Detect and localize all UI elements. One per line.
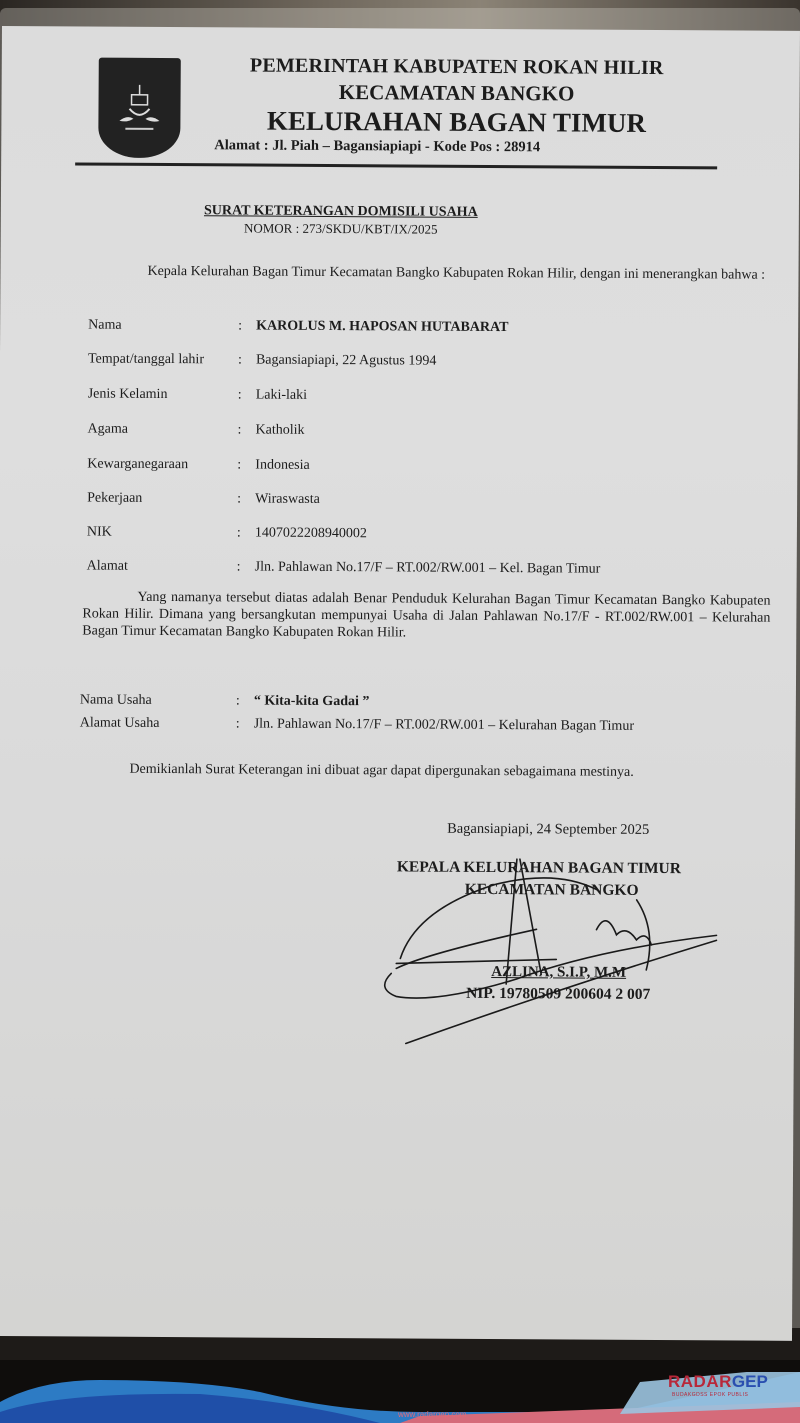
field-value: “ Kita-kita Gadai ” <box>254 694 370 710</box>
field-business-address: Alamat Usaha:Jln. Pahlawan No.17/F – RT.… <box>80 715 634 734</box>
closing-sentence: Demikianlah Surat Keterangan ini dibuat … <box>129 762 633 781</box>
document-number: NOMOR : 273/SKDU/KBT/IX/2025 <box>1 219 681 239</box>
field-value: Jln. Pahlawan No.17/F – RT.002/RW.001 – … <box>254 717 634 734</box>
field-religion: Agama:Katholik <box>87 422 304 439</box>
field-address: Alamat:Jln. Pahlawan No.17/F – RT.002/RW… <box>87 559 601 578</box>
field-value: Laki-laki <box>256 388 307 403</box>
field-separator: : <box>236 716 254 732</box>
field-gender: Jenis Kelamin:Laki-laki <box>88 387 307 404</box>
field-label: Kewarganegaraan <box>87 457 237 474</box>
field-value: KAROLUS M. HAPOSAN HUTABARAT <box>256 319 508 336</box>
document-page: PEMERINTAH KABUPATEN ROKAN HILIR KECAMAT… <box>0 26 800 1341</box>
field-value: Wiraswasta <box>255 492 320 507</box>
statement-paragraph: Yang namanya tersebut diatas adalah Bena… <box>82 589 770 644</box>
letterhead-government: PEMERINTAH KABUPATEN ROKAN HILIR <box>207 54 707 80</box>
intro-paragraph: Kepala Kelurahan Bagan Timur Kecamatan B… <box>92 263 772 284</box>
brand-part-2: GEP <box>732 1372 768 1392</box>
watermark-url[interactable]: www.radargep.com <box>398 1410 466 1419</box>
regency-crest-icon <box>98 58 181 158</box>
field-label: Jenis Kelamin <box>88 387 238 404</box>
field-occupation: Pekerjaan:Wiraswasta <box>87 491 320 508</box>
field-label: Pekerjaan <box>87 491 237 508</box>
field-value: Jln. Pahlawan No.17/F – RT.002/RW.001 – … <box>255 560 601 577</box>
field-citizenship: Kewarganegaraan:Indonesia <box>87 457 310 474</box>
field-separator: : <box>237 422 255 438</box>
field-label: Alamat Usaha <box>80 715 236 732</box>
field-separator: : <box>237 491 255 507</box>
field-separator: : <box>237 559 255 575</box>
field-birth: Tempat/tanggal lahir:Bagansiapiapi, 22 A… <box>88 352 437 370</box>
field-business-name: Nama Usaha:“ Kita-kita Gadai ” <box>80 692 370 710</box>
brand-part-1: RADAR <box>668 1372 732 1392</box>
field-value: Indonesia <box>255 458 310 473</box>
field-separator: : <box>238 352 256 368</box>
field-separator: : <box>237 457 255 473</box>
signatory-name: AZLINA, S.I.P, M.M <box>491 964 626 982</box>
field-label: NIK <box>87 525 237 542</box>
brand-tagline: BUDAKGDSS EPOK PUBLIS <box>672 1392 748 1398</box>
field-separator: : <box>238 387 256 403</box>
field-nama: Nama:KAROLUS M. HAPOSAN HUTABARAT <box>88 318 508 337</box>
field-separator: : <box>237 525 255 541</box>
field-label: Alamat <box>87 559 237 576</box>
field-value: Bagansiapiapi, 22 Agustus 1994 <box>256 353 437 369</box>
field-label: Agama <box>87 422 237 439</box>
signatory-nip: NIP. 19780509 200604 2 007 <box>466 985 650 1004</box>
letterhead-divider <box>75 162 717 169</box>
field-value: 1407022208940002 <box>255 526 367 542</box>
letterhead-district: KECAMATAN BANGKO <box>207 79 707 107</box>
field-value: Katholik <box>255 423 304 438</box>
field-label: Tempat/tanggal lahir <box>88 352 238 369</box>
handwritten-signature-icon <box>0 26 800 1131</box>
field-separator: : <box>238 318 256 334</box>
letterhead-village: KELURAHAN BAGAN TIMUR <box>206 105 706 139</box>
place-date: Bagansiapiapi, 24 September 2025 <box>447 821 649 839</box>
signatory-position-2: KECAMATAN BANGKO <box>465 881 639 900</box>
signatory-position-1: KEPALA KELURAHAN BAGAN TIMUR <box>397 858 681 878</box>
field-separator: : <box>236 693 254 709</box>
field-label: Nama Usaha <box>80 692 236 709</box>
letterhead-address: Alamat : Jl. Piah – Bagansiapiapi - Kode… <box>214 137 540 156</box>
field-label: Nama <box>88 318 238 335</box>
field-nik: NIK:1407022208940002 <box>87 525 367 543</box>
